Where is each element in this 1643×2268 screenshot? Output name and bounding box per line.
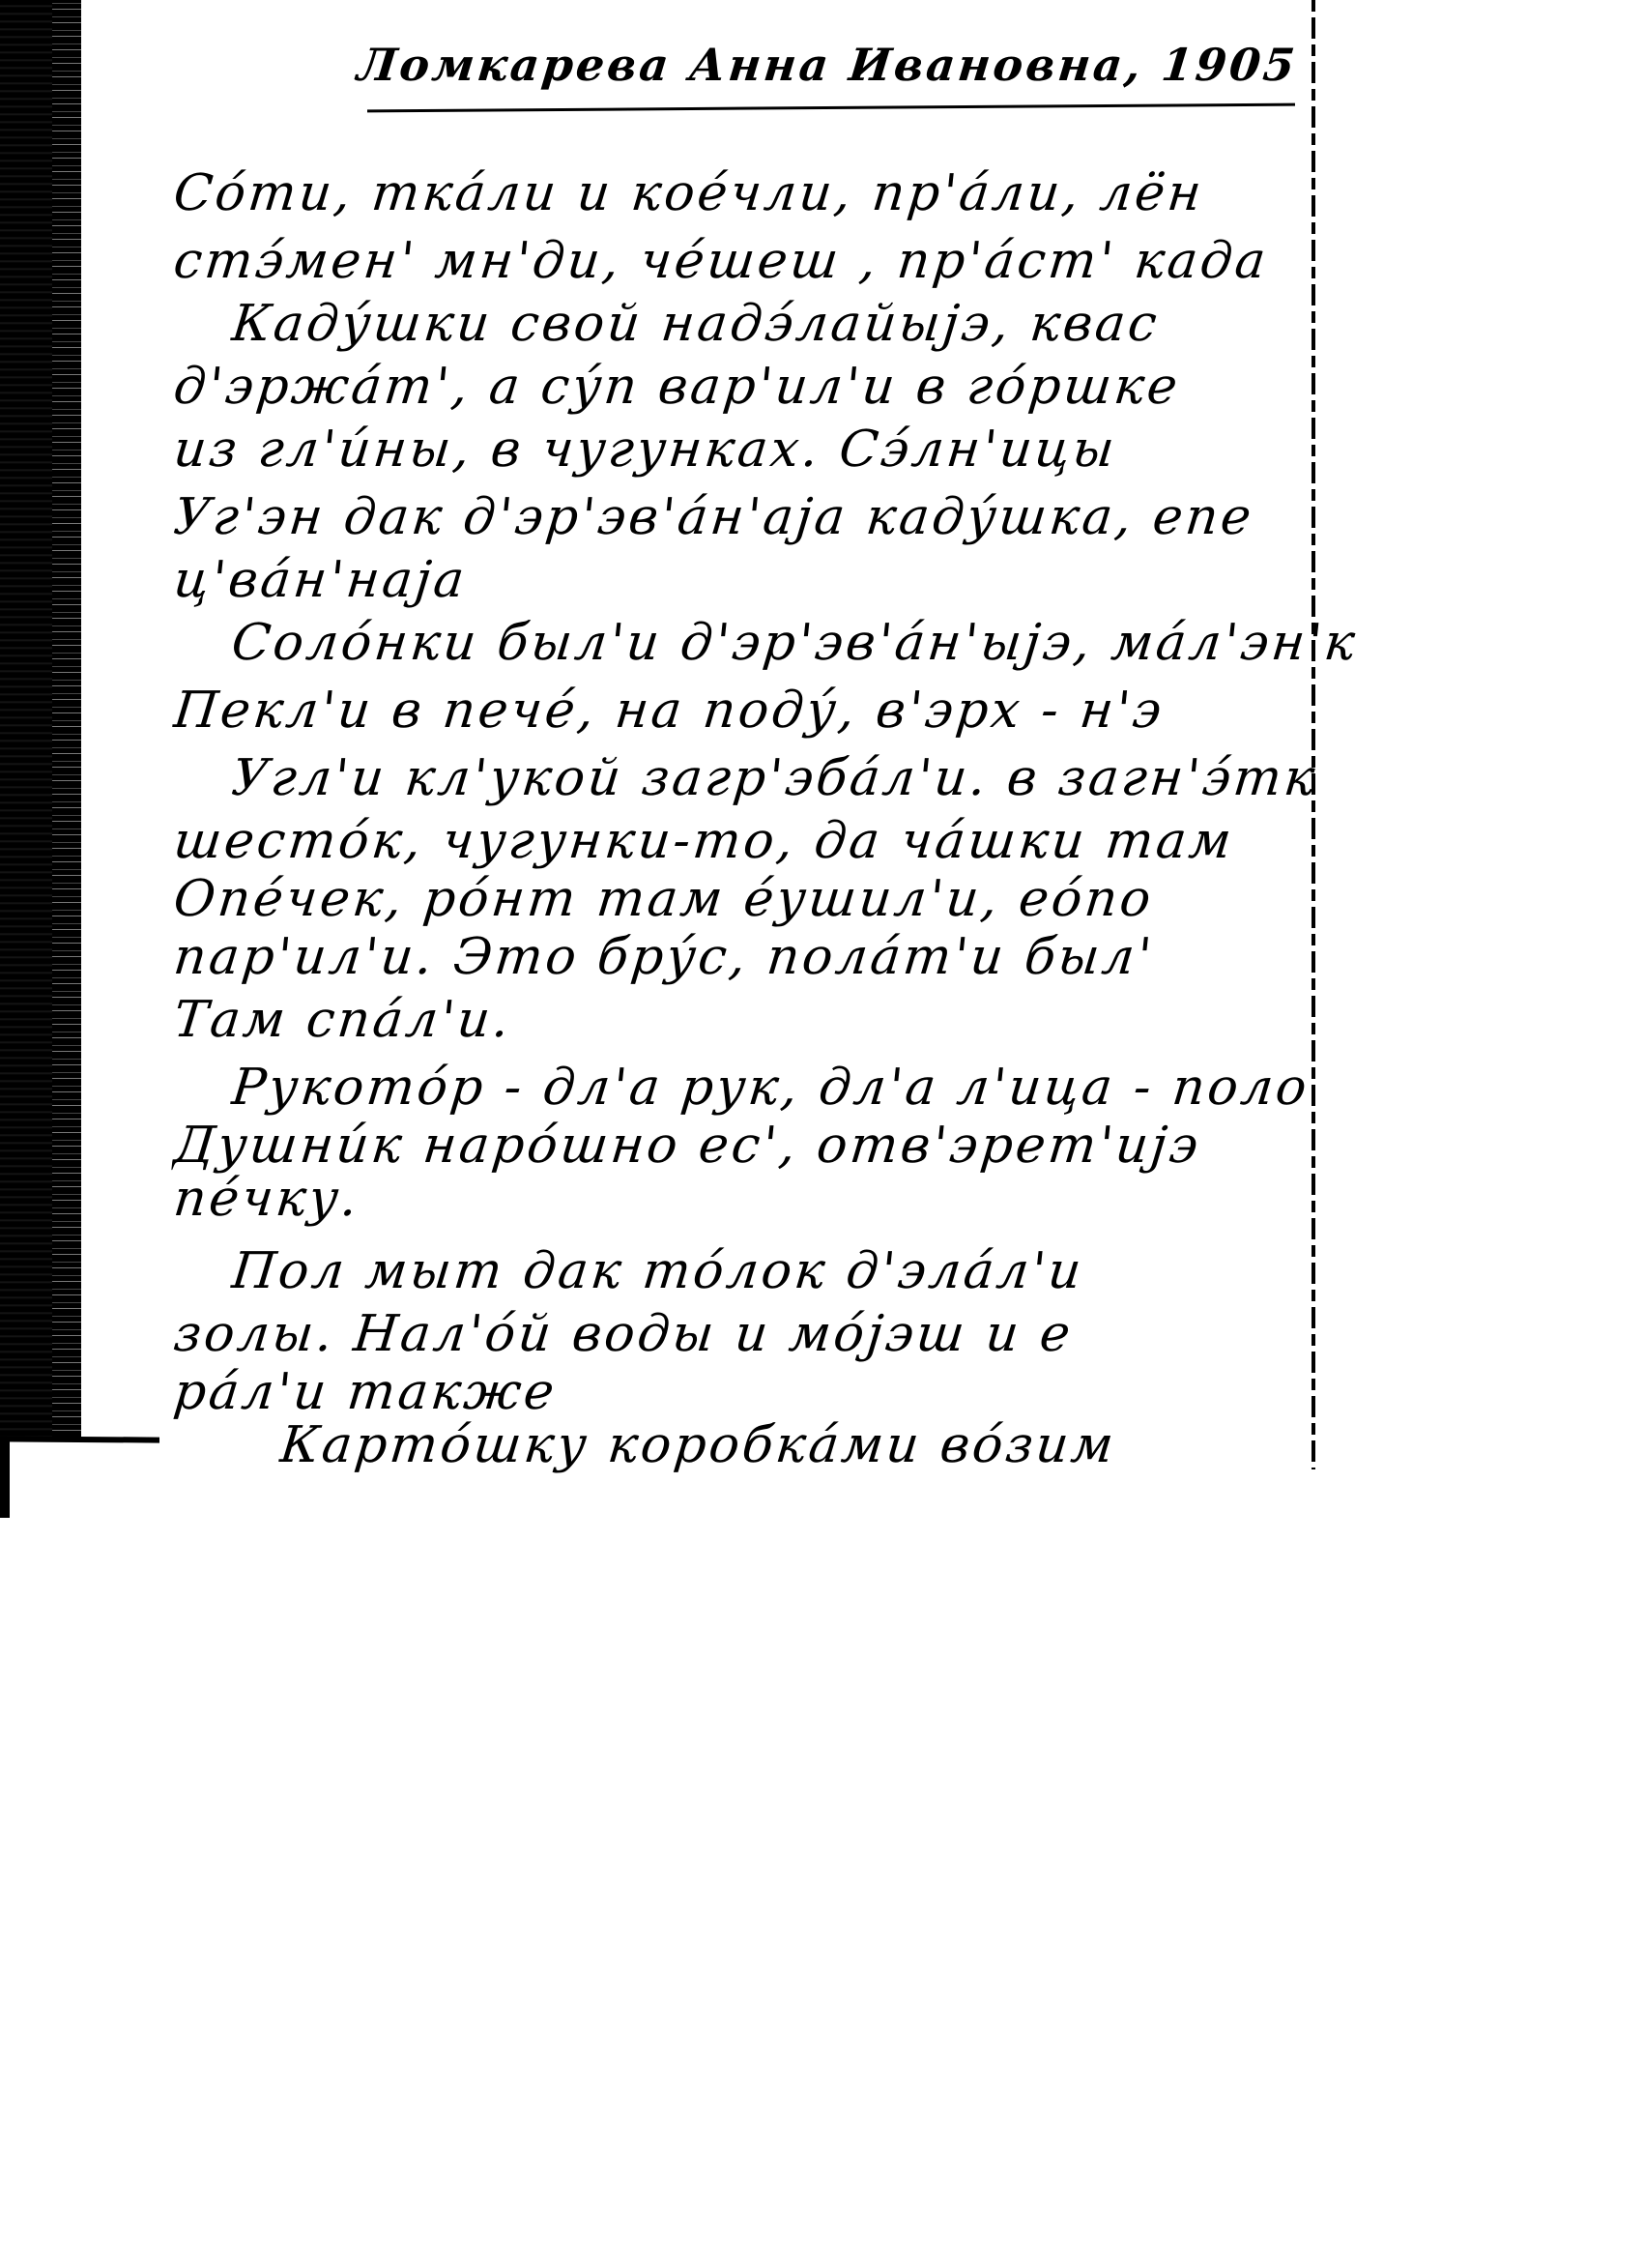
text-line: Душни́к наро́шно ес', отв'эрет'иjэ [171, 1117, 1203, 1175]
binding-shadow-edge [0, 1436, 159, 1442]
text-line: золы. Нал'о́й воды и мо́jэш и е [171, 1305, 1076, 1363]
text-line: Там спа́л'и. [171, 991, 515, 1049]
text-line: Уг'эн дак д'эр'эв'а́н'аjа каду́шка, епе [171, 488, 1256, 546]
text-line: Соло́нки был'и д'эр'эв'а́н'ыjэ, ма́л'эн'… [229, 614, 1361, 672]
text-line: Угл'и кл'укой загр'эба́л'и. в загн'э́тк [229, 749, 1320, 807]
text-line: Карто́шку коробка́ми во́зим [277, 1416, 1119, 1474]
text-line: Каду́шки свой надэ́лайыjэ, квас [229, 295, 1163, 353]
text-line: Со́ти, тка́ли и кое́чли, пр'а́ли, лён [171, 164, 1207, 222]
text-line: Опе́чек, ро́нт там е́ушил'и, ео́по [171, 870, 1157, 928]
text-line: Пол мыт дак то́лок д'эла́л'и [229, 1242, 1086, 1300]
text-line: стэ́мен' мн'ди, че́шеш , пр'а́ст' када [171, 232, 1271, 290]
binding-shadow-tail [0, 1440, 10, 1518]
page-title: Ломкарева Анна Ивановна, 1905 [355, 39, 1300, 91]
title-underline [367, 103, 1295, 113]
text-line: пе́чку. [171, 1170, 363, 1228]
text-line: ц'ва́н'наjа [171, 551, 470, 609]
text-line: д'эржа́т', а су́п вар'ил'и в го́ршке [171, 358, 1183, 416]
binding-shadow [0, 0, 81, 1440]
text-line: Рукото́р - дл'а рук, дл'а л'ица - поло [229, 1059, 1312, 1117]
text-line: пар'ил'и. Это бру́с, пола́т'и был' [171, 928, 1157, 986]
text-line: из гл'и́ны, в чугунках. Сэ́лн'ицы [171, 421, 1120, 479]
text-line: Пекл'и в пече́, на поду́, в'эрх - н'э [171, 682, 1167, 740]
text-line: ра́л'и также [171, 1363, 560, 1421]
scanned-page: Ломкарева Анна Ивановна, 1905 Со́ти, тка… [0, 0, 1643, 2268]
text-line: шесто́к, чугунки-то, да ча́шки там [171, 812, 1237, 870]
handwritten-sheet: Ломкарева Анна Ивановна, 1905 Со́ти, тка… [174, 39, 1314, 1460]
